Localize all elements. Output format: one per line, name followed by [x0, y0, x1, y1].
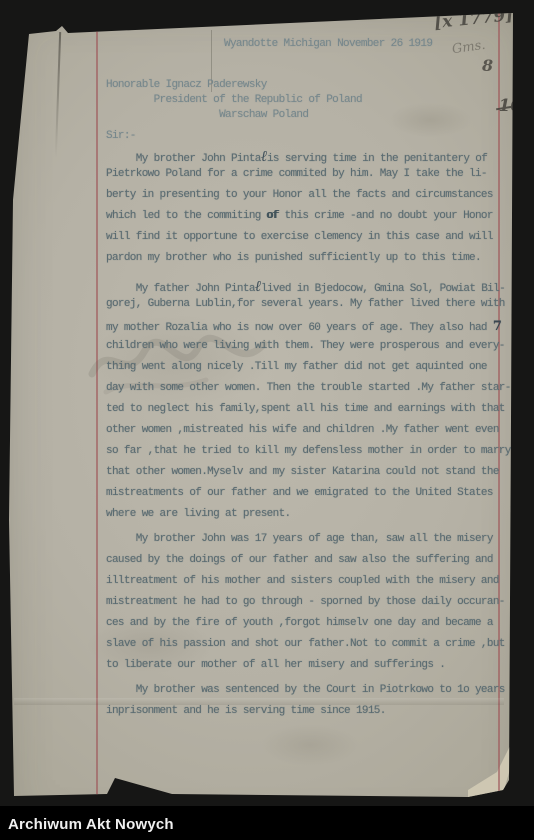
- paragraph: My father John Pintaℓlived in Bjedocow, …: [106, 277, 510, 529]
- typed-line: children who were living with them. They…: [106, 340, 510, 361]
- typed-text: My father John Pinta: [106, 283, 255, 295]
- pencil-number-8: 8: [482, 56, 493, 75]
- typed-line: day with some other women. Then the trou…: [106, 382, 510, 403]
- watermark-bar: Archiwum Akt Nowych: [0, 806, 534, 840]
- typed-line: so far ,that he tried to kill my defensl…: [106, 445, 510, 466]
- typed-line: thing went along nicely .Till my father …: [106, 361, 510, 382]
- overstruck-word: of: [267, 210, 279, 222]
- typed-line: that other women.Myselv and my sister Ka…: [106, 466, 510, 487]
- letter-page: Wyandotte Michigan November 26 1919 Hono…: [0, 0, 534, 840]
- typed-line: illtreatment of his mother and sisters c…: [106, 575, 510, 596]
- typed-line: where we are living at present.: [106, 508, 510, 529]
- typed-text: my mother Rozalia who is now over 60 yea…: [106, 322, 493, 334]
- paragraph: My brother was sentenced by the Court in…: [106, 684, 510, 726]
- typed-line: which led to the commiting of this crime…: [106, 210, 510, 231]
- letter-body: My brother John Pintaℓis serving time in…: [106, 147, 510, 726]
- handwritten-number: 7: [493, 319, 502, 334]
- typed-line: My brother was sentenced by the Court in…: [106, 684, 510, 705]
- typed-line: ted to neglect his family,spent all his …: [106, 403, 510, 424]
- archive-watermark: Archiwum Akt Nowych: [8, 816, 174, 833]
- typed-line: mistreatments of our father and we emigr…: [106, 487, 510, 508]
- struck-number: 10: [499, 96, 523, 116]
- typed-line: to liberate our mother of all her misery…: [106, 659, 510, 680]
- typed-line: mistreatment he had to go through - spor…: [106, 596, 510, 617]
- typed-line: My brother John Pintaℓis serving time in…: [106, 147, 510, 168]
- typed-text: is serving time in the penitantery of: [267, 153, 487, 165]
- typed-line: My father John Pintaℓlived in Bjedocow, …: [106, 277, 510, 298]
- typed-line: inprisonment and he is serving time sinc…: [106, 705, 510, 726]
- recipient-line: Warschaw Poland: [106, 109, 510, 124]
- typed-text: which led to the commiting: [106, 210, 267, 222]
- pencil-number-10-crossed: 10: [463, 76, 522, 136]
- crease-mark: [55, 32, 61, 157]
- typed-line: slave of his passion and shot our father…: [106, 638, 510, 659]
- paragraph: My brother John Pintaℓis serving time in…: [106, 147, 510, 273]
- recipient-line: President of the Republic of Poland: [106, 94, 510, 109]
- typed-line: caused by the doings of our father and s…: [106, 554, 510, 575]
- recipient-line: Honorable Ignacz Paderewsky: [106, 79, 510, 94]
- typed-line: ces and by the fire of youth ,forgot him…: [106, 617, 510, 638]
- recipient-address: Honorable Ignacz Paderewsky President of…: [106, 79, 510, 124]
- archival-number-annotation: [x 1779]: [433, 5, 514, 33]
- typed-line: My brother John was 17 years of age than…: [106, 533, 510, 554]
- archival-scan: Wyandotte Michigan November 26 1919 Hono…: [0, 0, 534, 840]
- typed-letter: Wyandotte Michigan November 26 1919 Hono…: [106, 38, 510, 726]
- margin-line-left: [96, 0, 98, 840]
- typed-line: my mother Rozalia who is now over 60 yea…: [106, 319, 510, 340]
- typed-line: gorej, Guberna Lublin,for several years.…: [106, 298, 510, 319]
- typed-text: this crime -and no doubt your Honor: [279, 210, 493, 222]
- typed-line: Pietrkowo Poland for a crime commited by…: [106, 168, 510, 189]
- typed-line: pardon my brother who is punished suffic…: [106, 252, 510, 273]
- paragraph: My brother John was 17 years of age than…: [106, 533, 510, 680]
- salutation: Sir:-: [106, 130, 510, 145]
- typed-line: will find it opportune to exercise cleme…: [106, 231, 510, 252]
- typed-text: My brother John Pinta: [106, 153, 261, 165]
- typed-line: berty in presenting to your Honor all th…: [106, 189, 510, 210]
- typed-line: other women ,mistreated his wife and chi…: [106, 424, 510, 445]
- typed-text: lived in Bjedocow, Gmina Sol, Powiat Bil…: [261, 283, 505, 295]
